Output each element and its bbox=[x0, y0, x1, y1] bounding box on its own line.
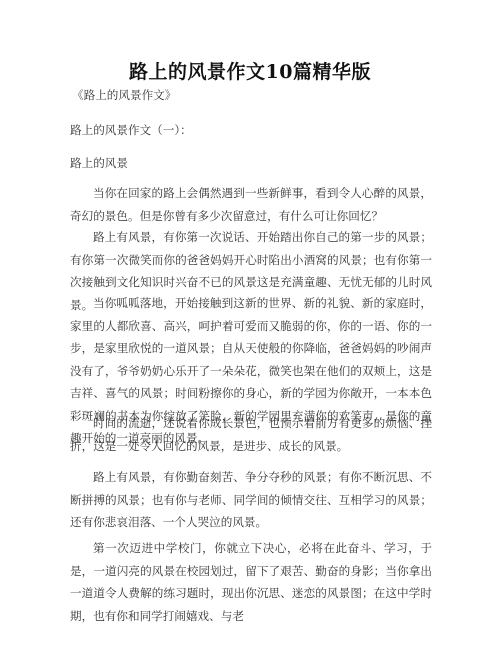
section-heading: 路上的风景作文（一）： bbox=[70, 119, 432, 141]
paragraph-6: 第一次迈进中学校门，你就立下决心，必将在此奋斗、学习，于是，一道闪亮的风景在校园… bbox=[70, 537, 432, 627]
essay-title: 路上的风景 bbox=[70, 152, 432, 174]
document-page: 路上的风景作文10篇精华版 《路上的风景作文》 路上的风景作文（一）： 路上的风… bbox=[0, 0, 500, 647]
document-subtitle: 《路上的风景作文》 bbox=[72, 84, 434, 106]
document-title: 路上的风景作文10篇精华版 bbox=[0, 57, 500, 84]
paragraph-4: 时间的流逝，述说着你成长景色，也预示着前方有更多的烦恼、挫折，这是一处令人回忆的… bbox=[70, 412, 432, 457]
paragraph-5: 路上有风景，有你勤奋刻苦、争分夺秒的风景；有你不断沉思、不断拼搏的风景；也有你与… bbox=[70, 466, 432, 534]
paragraph-1: 当你在回家的路上会偶然遇到一些新鲜事，看到令人心醉的风景，奇幻的景色。但是你曾有… bbox=[70, 182, 432, 227]
